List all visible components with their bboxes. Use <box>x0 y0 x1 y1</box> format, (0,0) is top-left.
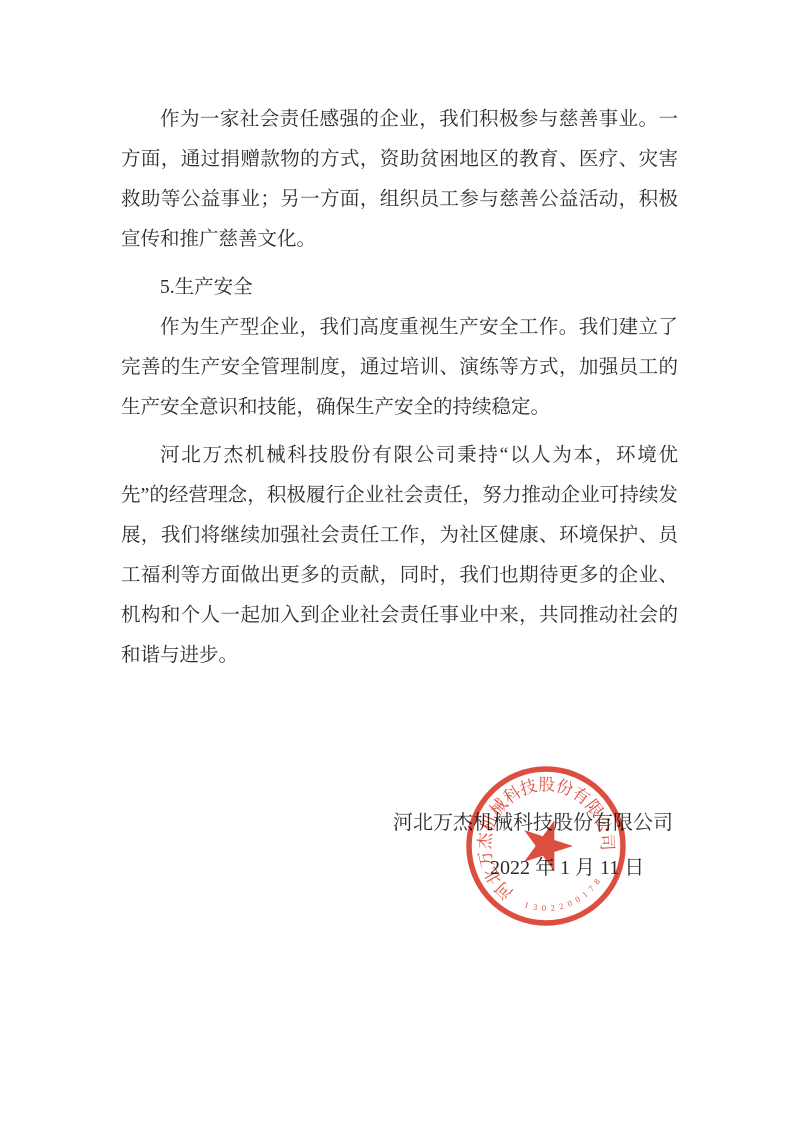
company-seal: 河北万杰机械科技股份有限公司 1302200178 <box>456 756 636 936</box>
seal-star-icon <box>515 812 579 874</box>
document-page: 作为一家社会责任感强的企业，我们积极参与慈善事业。一方面，通过捐赠款物的方式，资… <box>0 0 793 1122</box>
paragraph-charity: 作为一家社会责任感强的企业，我们积极参与慈善事业。一方面，通过捐赠款物的方式，资… <box>121 100 678 260</box>
paragraph-production-safety: 作为生产型企业，我们高度重视生产安全工作。我们建立了完善的生产安全管理制度，通过… <box>121 308 678 428</box>
section-heading-production-safety: 5.生产安全 <box>121 268 678 308</box>
paragraph-closing: 河北万杰机械科技股份有限公司秉持“以人为本，环境优先”的经营理念，积极履行企业社… <box>121 436 678 676</box>
document-body: 作为一家社会责任感强的企业，我们积极参与慈善事业。一方面，通过捐赠款物的方式，资… <box>121 100 678 684</box>
